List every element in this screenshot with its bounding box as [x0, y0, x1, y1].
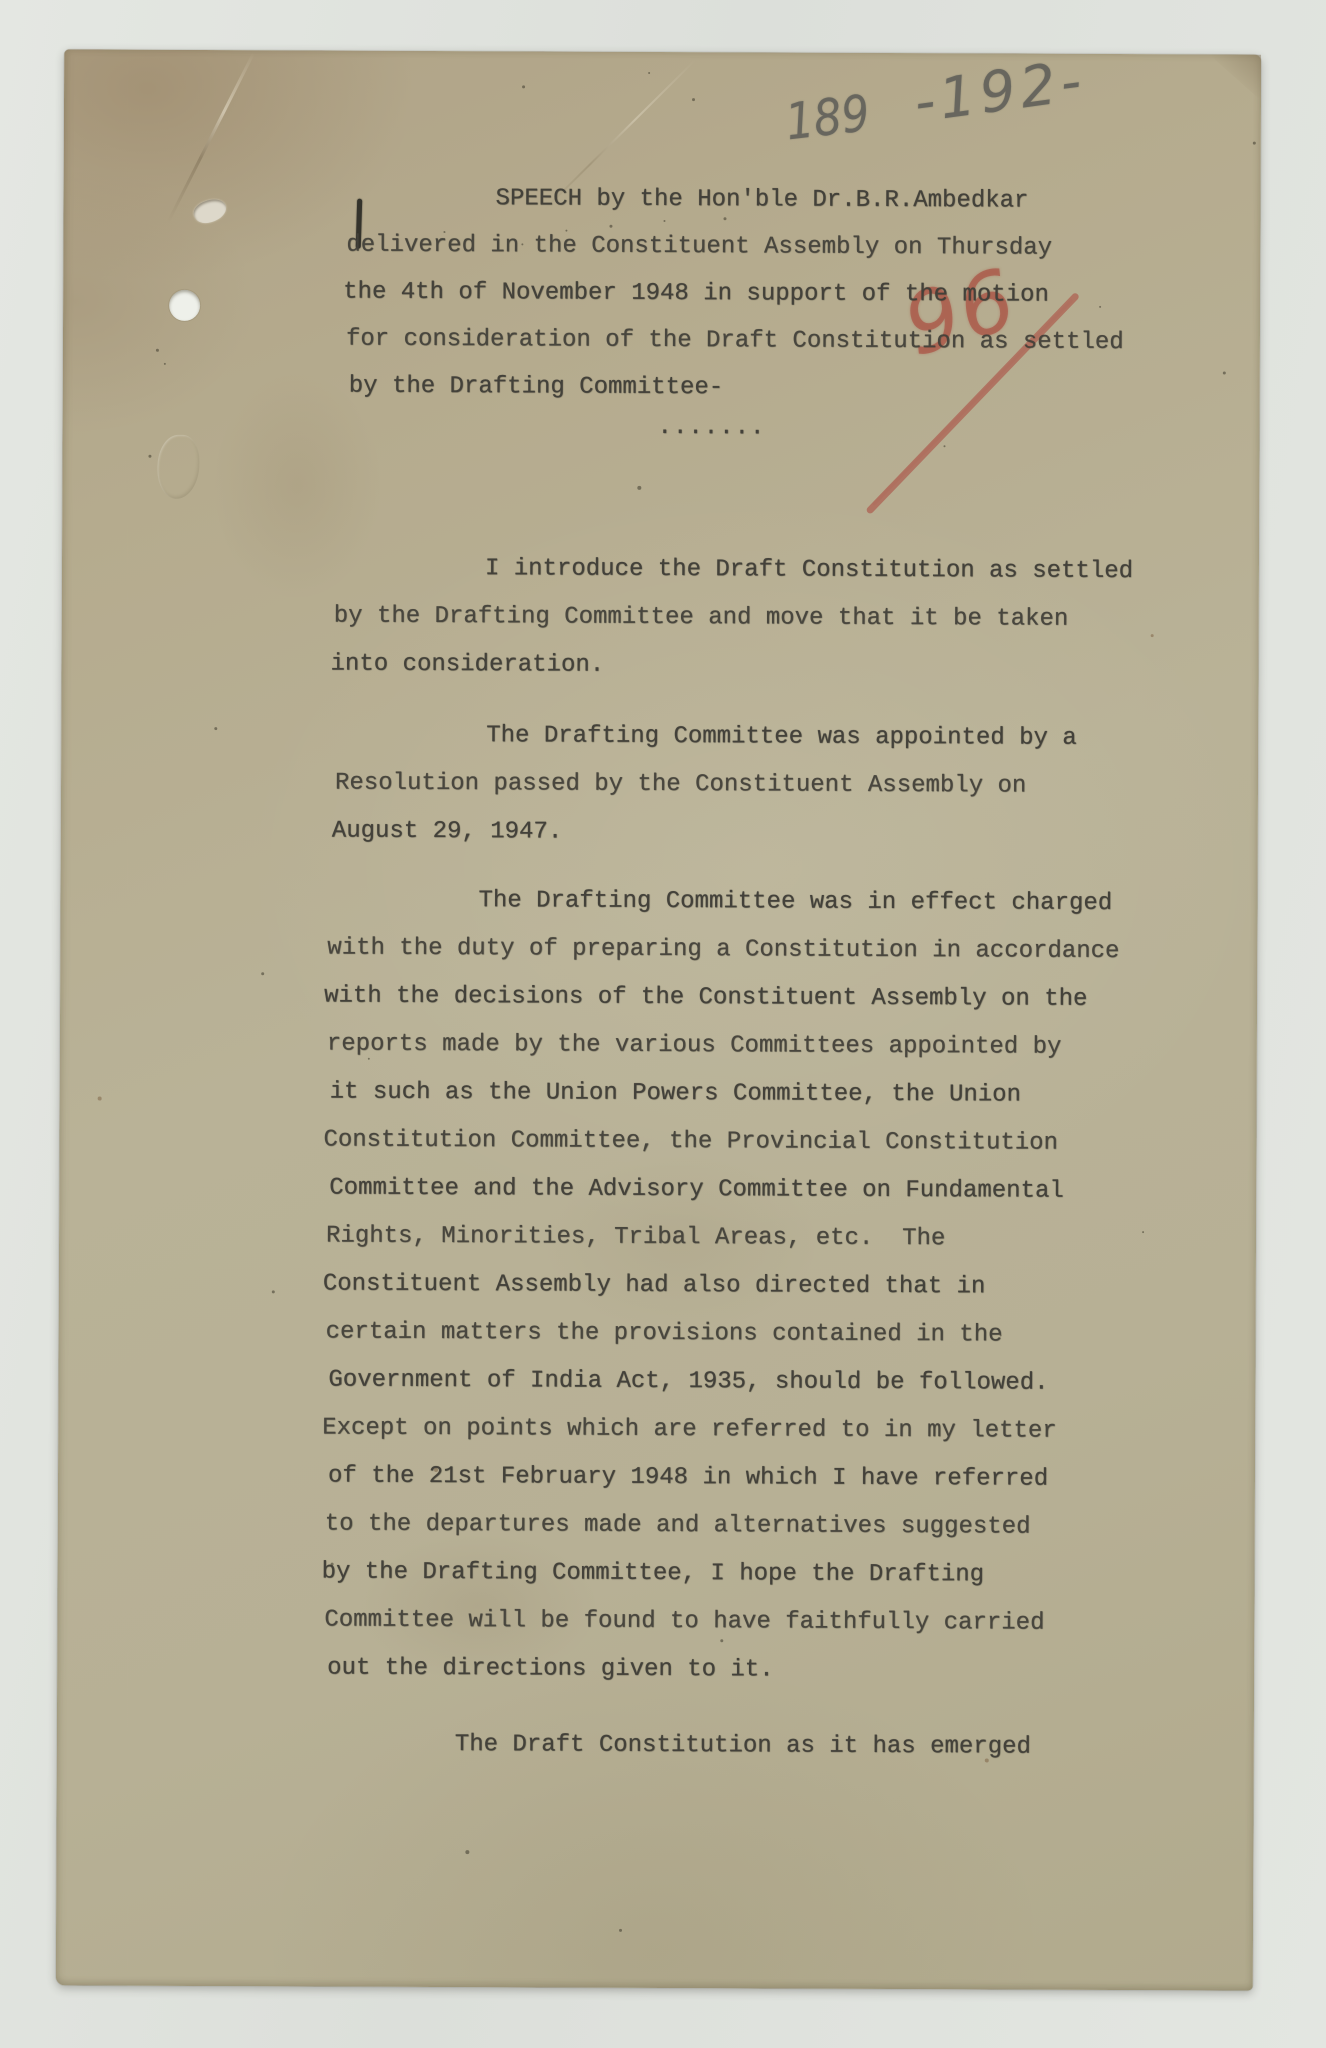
paragraph-emerged: The Draft Constitution as it has emerged	[326, 1721, 1031, 1772]
paper-speck	[1151, 634, 1154, 637]
punch-hole	[169, 290, 200, 321]
paper-speck	[156, 349, 159, 352]
document-heading: SPEECH by the Hon'ble Dr.B.R.Ambedkardel…	[349, 175, 1128, 413]
paper-speck	[1253, 142, 1256, 145]
document-page: 189 -192- 96 SPEECH by the Hon'ble Dr.B.…	[56, 49, 1261, 1990]
text-line: with the duty of preparing a Constitutio…	[327, 925, 1119, 976]
text-line: Government of India Act, 1935, should be…	[328, 1357, 1120, 1408]
paper-speck	[98, 1097, 102, 1101]
text-line: Committee and the Advisory Committee on …	[329, 1165, 1121, 1216]
text-line: The Draft Constitution as it has emerged	[326, 1721, 1031, 1772]
paper-speck	[465, 1850, 469, 1854]
text-line: Committee will be found to have faithful…	[324, 1597, 1116, 1648]
paragraph-introduce: I introduce the Draft Constitution as se…	[336, 545, 1133, 692]
paper-speck	[261, 972, 264, 975]
paper-speck	[214, 727, 217, 730]
text-line: by the Drafting Committee and move that …	[334, 593, 1130, 644]
text-line: Constitution Committee, the Provincial C…	[323, 1117, 1115, 1168]
scan-background: 189 -192- 96 SPEECH by the Hon'ble Dr.B.…	[0, 0, 1326, 2048]
text-line: Rights, Minorities, Tribal Areas, etc. T…	[326, 1213, 1118, 1264]
paragraph-appointed: The Drafting Committee was appointed by …	[338, 712, 1077, 859]
folded-corner	[1203, 54, 1261, 104]
torn-spot	[190, 194, 229, 227]
paragraph-charged: The Drafting Committee was in effect cha…	[327, 877, 1123, 1696]
text-line: for consideration of the Draft Constitut…	[346, 316, 1124, 366]
text-line: with the decisions of the Constituent As…	[324, 973, 1116, 1024]
paper-speck	[272, 1290, 275, 1293]
text-line: the 4th of November 1948 in support of t…	[343, 269, 1121, 319]
paper-speck	[522, 85, 525, 88]
text-line: of the 21st February 1948 in which I hav…	[328, 1453, 1120, 1504]
paper-speck	[164, 363, 166, 365]
paper-speck	[148, 455, 151, 458]
text-line: The Drafting Committee was in effect cha…	[330, 877, 1122, 928]
text-line: The Drafting Committee was appointed by …	[338, 712, 1077, 763]
pencil-page-number-right: -192-	[910, 48, 1090, 136]
paper-crease	[167, 52, 255, 223]
text-line: Resolution passed by the Constituent Ass…	[335, 760, 1074, 811]
paper-speck	[648, 72, 650, 74]
text-line: I introduce the Draft Constitution as se…	[337, 545, 1133, 596]
text-line: certain matters the provisions contained…	[326, 1309, 1118, 1360]
text-line: it such as the Union Powers Committee, t…	[330, 1069, 1122, 1120]
paper-speck	[1223, 371, 1226, 374]
text-line: out the directions given to it.	[327, 1645, 1119, 1696]
paper-speck	[637, 486, 641, 490]
paper-speck	[692, 98, 695, 101]
text-line: to the departures made and alternatives …	[325, 1501, 1117, 1552]
paper-speck	[619, 1929, 622, 1932]
text-line: by the Drafting Committee, I hope the Dr…	[321, 1549, 1113, 1600]
text-line: into consideration.	[330, 641, 1126, 692]
text-line: delivered in the Constituent Assembly on…	[346, 222, 1124, 272]
text-line: August 29, 1947.	[332, 808, 1071, 859]
paper-speck	[1142, 1231, 1144, 1233]
paper-dent	[157, 435, 199, 499]
text-line: Constituent Assembly had also directed t…	[323, 1261, 1115, 1312]
text-line: Except on points which are referred to i…	[322, 1405, 1114, 1456]
text-line: SPEECH by the Hon'ble Dr.B.R.Ambedkar	[349, 175, 1127, 225]
separator-dots: .......	[657, 404, 765, 452]
text-line: reports made by the various Committees a…	[327, 1021, 1119, 1072]
pencil-page-number-left: 189	[783, 84, 873, 151]
